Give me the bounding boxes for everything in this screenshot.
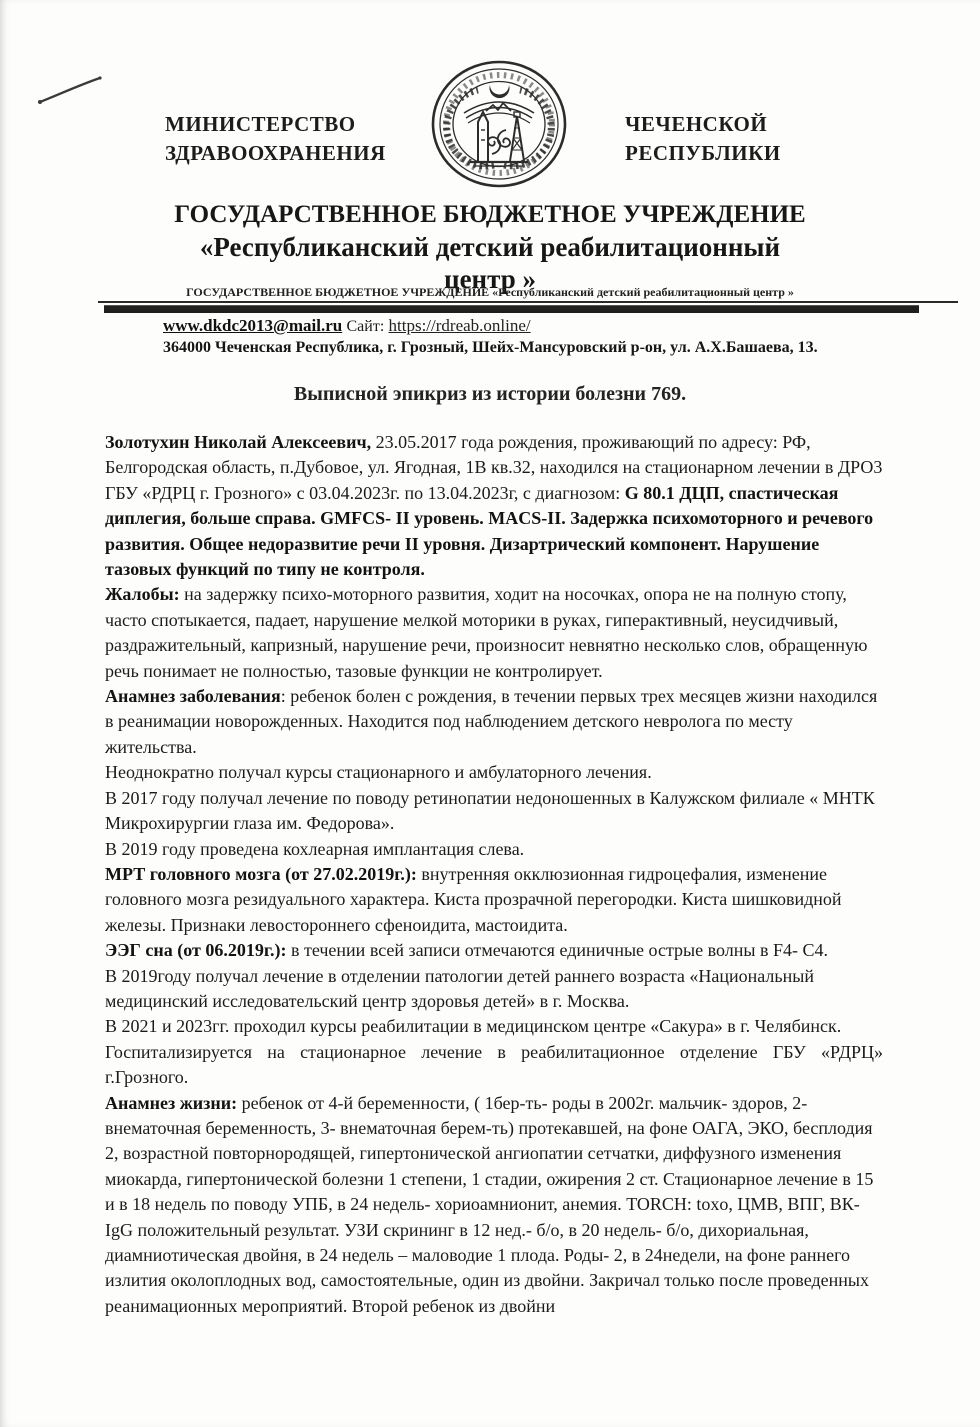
republic-name: ЧЕЧЕНСКОЙ РЕСПУБЛИКИ xyxy=(625,110,781,168)
scanned-document-page: МИНИСТЕРСТВО ЗДРАВООХРАНЕНИЯ ЧЕЧЕ xyxy=(0,0,980,1427)
email-link[interactable]: www.dkdc2013@mail.ru xyxy=(163,316,342,335)
paragraph-segment: Неоднократно получал курсы стационарного… xyxy=(105,762,652,782)
paragraph: В 2019 году проведена кохлеарная имплант… xyxy=(105,837,883,862)
header-rule-thick xyxy=(104,305,919,313)
paragraph: Золотухин Николай Алексеевич, 23.05.2017… xyxy=(105,430,883,582)
paragraph-segment: В 2019 году проведена кохлеарная имплант… xyxy=(105,839,524,859)
organization-name-line1: ГОСУДАРСТВЕННОЕ БЮДЖЕТНОЕ УЧРЕЖДЕНИЕ xyxy=(0,199,980,231)
paragraph: Неоднократно получал курсы стационарного… xyxy=(105,760,883,785)
republic-line1: ЧЕЧЕНСКОЙ xyxy=(625,110,781,139)
paragraph-segment: В 2017 году получал лечение по поводу ре… xyxy=(105,788,875,833)
paragraph: Анамнез жизни: ребенок от 4-й беременнос… xyxy=(105,1091,883,1320)
paragraph: В 2021 и 2023гг. проходил курсы реабилит… xyxy=(105,1014,883,1039)
paragraph-bold-segment: Жалобы: xyxy=(105,584,180,604)
postal-address: 364000 Чеченская Республика, г. Грозный,… xyxy=(163,339,818,357)
paragraph-bold-segment: ЭЭГ сна (от 06.2019г.): xyxy=(105,940,286,960)
document-body: Золотухин Николай Алексеевич, 23.05.2017… xyxy=(105,430,883,1319)
site-label: Сайт: xyxy=(346,318,384,335)
organization-subtitle: ГОСУДАРСТВЕННОЕ БЮДЖЕТНОЕ УЧРЕЖДЕНИЕ «Ре… xyxy=(0,285,980,300)
paragraph-segment: В 2021 и 2023гг. проходил курсы реабилит… xyxy=(105,1016,841,1036)
header-rule-thin xyxy=(98,301,958,303)
paragraph: Анамнез заболевания: ребенок болен с рож… xyxy=(105,684,883,760)
pen-stroke-mark xyxy=(34,68,118,112)
paragraph-segment: Госпитализируется на стационарное лечени… xyxy=(105,1042,883,1087)
paragraph-bold-segment: Анамнез жизни: xyxy=(105,1093,237,1113)
paragraph-segment: в течении всей записи отмечаются единичн… xyxy=(286,940,828,960)
paragraph: Жалобы: на задержку психо-моторного разв… xyxy=(105,582,883,684)
ministry-name: МИНИСТЕРСТВО ЗДРАВООХРАНЕНИЯ xyxy=(165,110,386,168)
paragraph-segment: ребенок от 4-й беременности, ( 1бер-ть- … xyxy=(105,1093,873,1316)
paragraph-bold-segment: МРТ головного мозга (от 27.02.2019г.): xyxy=(105,864,417,884)
paragraph-bold-segment: Анамнез заболевания xyxy=(105,686,281,706)
organization-name-line2: «Республиканский детский реабилитационны… xyxy=(0,231,980,264)
ministry-line2: ЗДРАВООХРАНЕНИЯ xyxy=(165,139,386,168)
republic-line2: РЕСПУБЛИКИ xyxy=(625,139,781,168)
paragraph-bold-segment: Золотухин Николай Алексеевич, xyxy=(105,432,371,452)
chechen-emblem-icon xyxy=(428,58,570,190)
organization-name: ГОСУДАРСТВЕННОЕ БЮДЖЕТНОЕ УЧРЕЖДЕНИЕ «Ре… xyxy=(0,199,980,294)
paragraph: ЭЭГ сна (от 06.2019г.): в течении всей з… xyxy=(105,938,883,963)
document-title: Выписной эпикриз из истории болезни 769. xyxy=(0,383,980,406)
site-url-link[interactable]: https://rdreab.online/ xyxy=(389,316,531,335)
paragraph: Госпитализируется на стационарное лечени… xyxy=(105,1040,883,1091)
paragraph: В 2019году получал лечение в отделении п… xyxy=(105,964,883,1015)
ministry-line1: МИНИСТЕРСТВО xyxy=(165,110,386,139)
paragraph-segment: на задержку психо-моторного развития, хо… xyxy=(105,584,867,680)
paragraph: МРТ головного мозга (от 27.02.2019г.): в… xyxy=(105,862,883,938)
contacts-block: www.dkdc2013@mail.ru Сайт: https://rdrea… xyxy=(163,316,818,357)
paragraph: В 2017 году получал лечение по поводу ре… xyxy=(105,786,883,837)
paragraph-segment: В 2019году получал лечение в отделении п… xyxy=(105,966,814,1011)
contacts-line: www.dkdc2013@mail.ru Сайт: https://rdrea… xyxy=(163,316,818,336)
